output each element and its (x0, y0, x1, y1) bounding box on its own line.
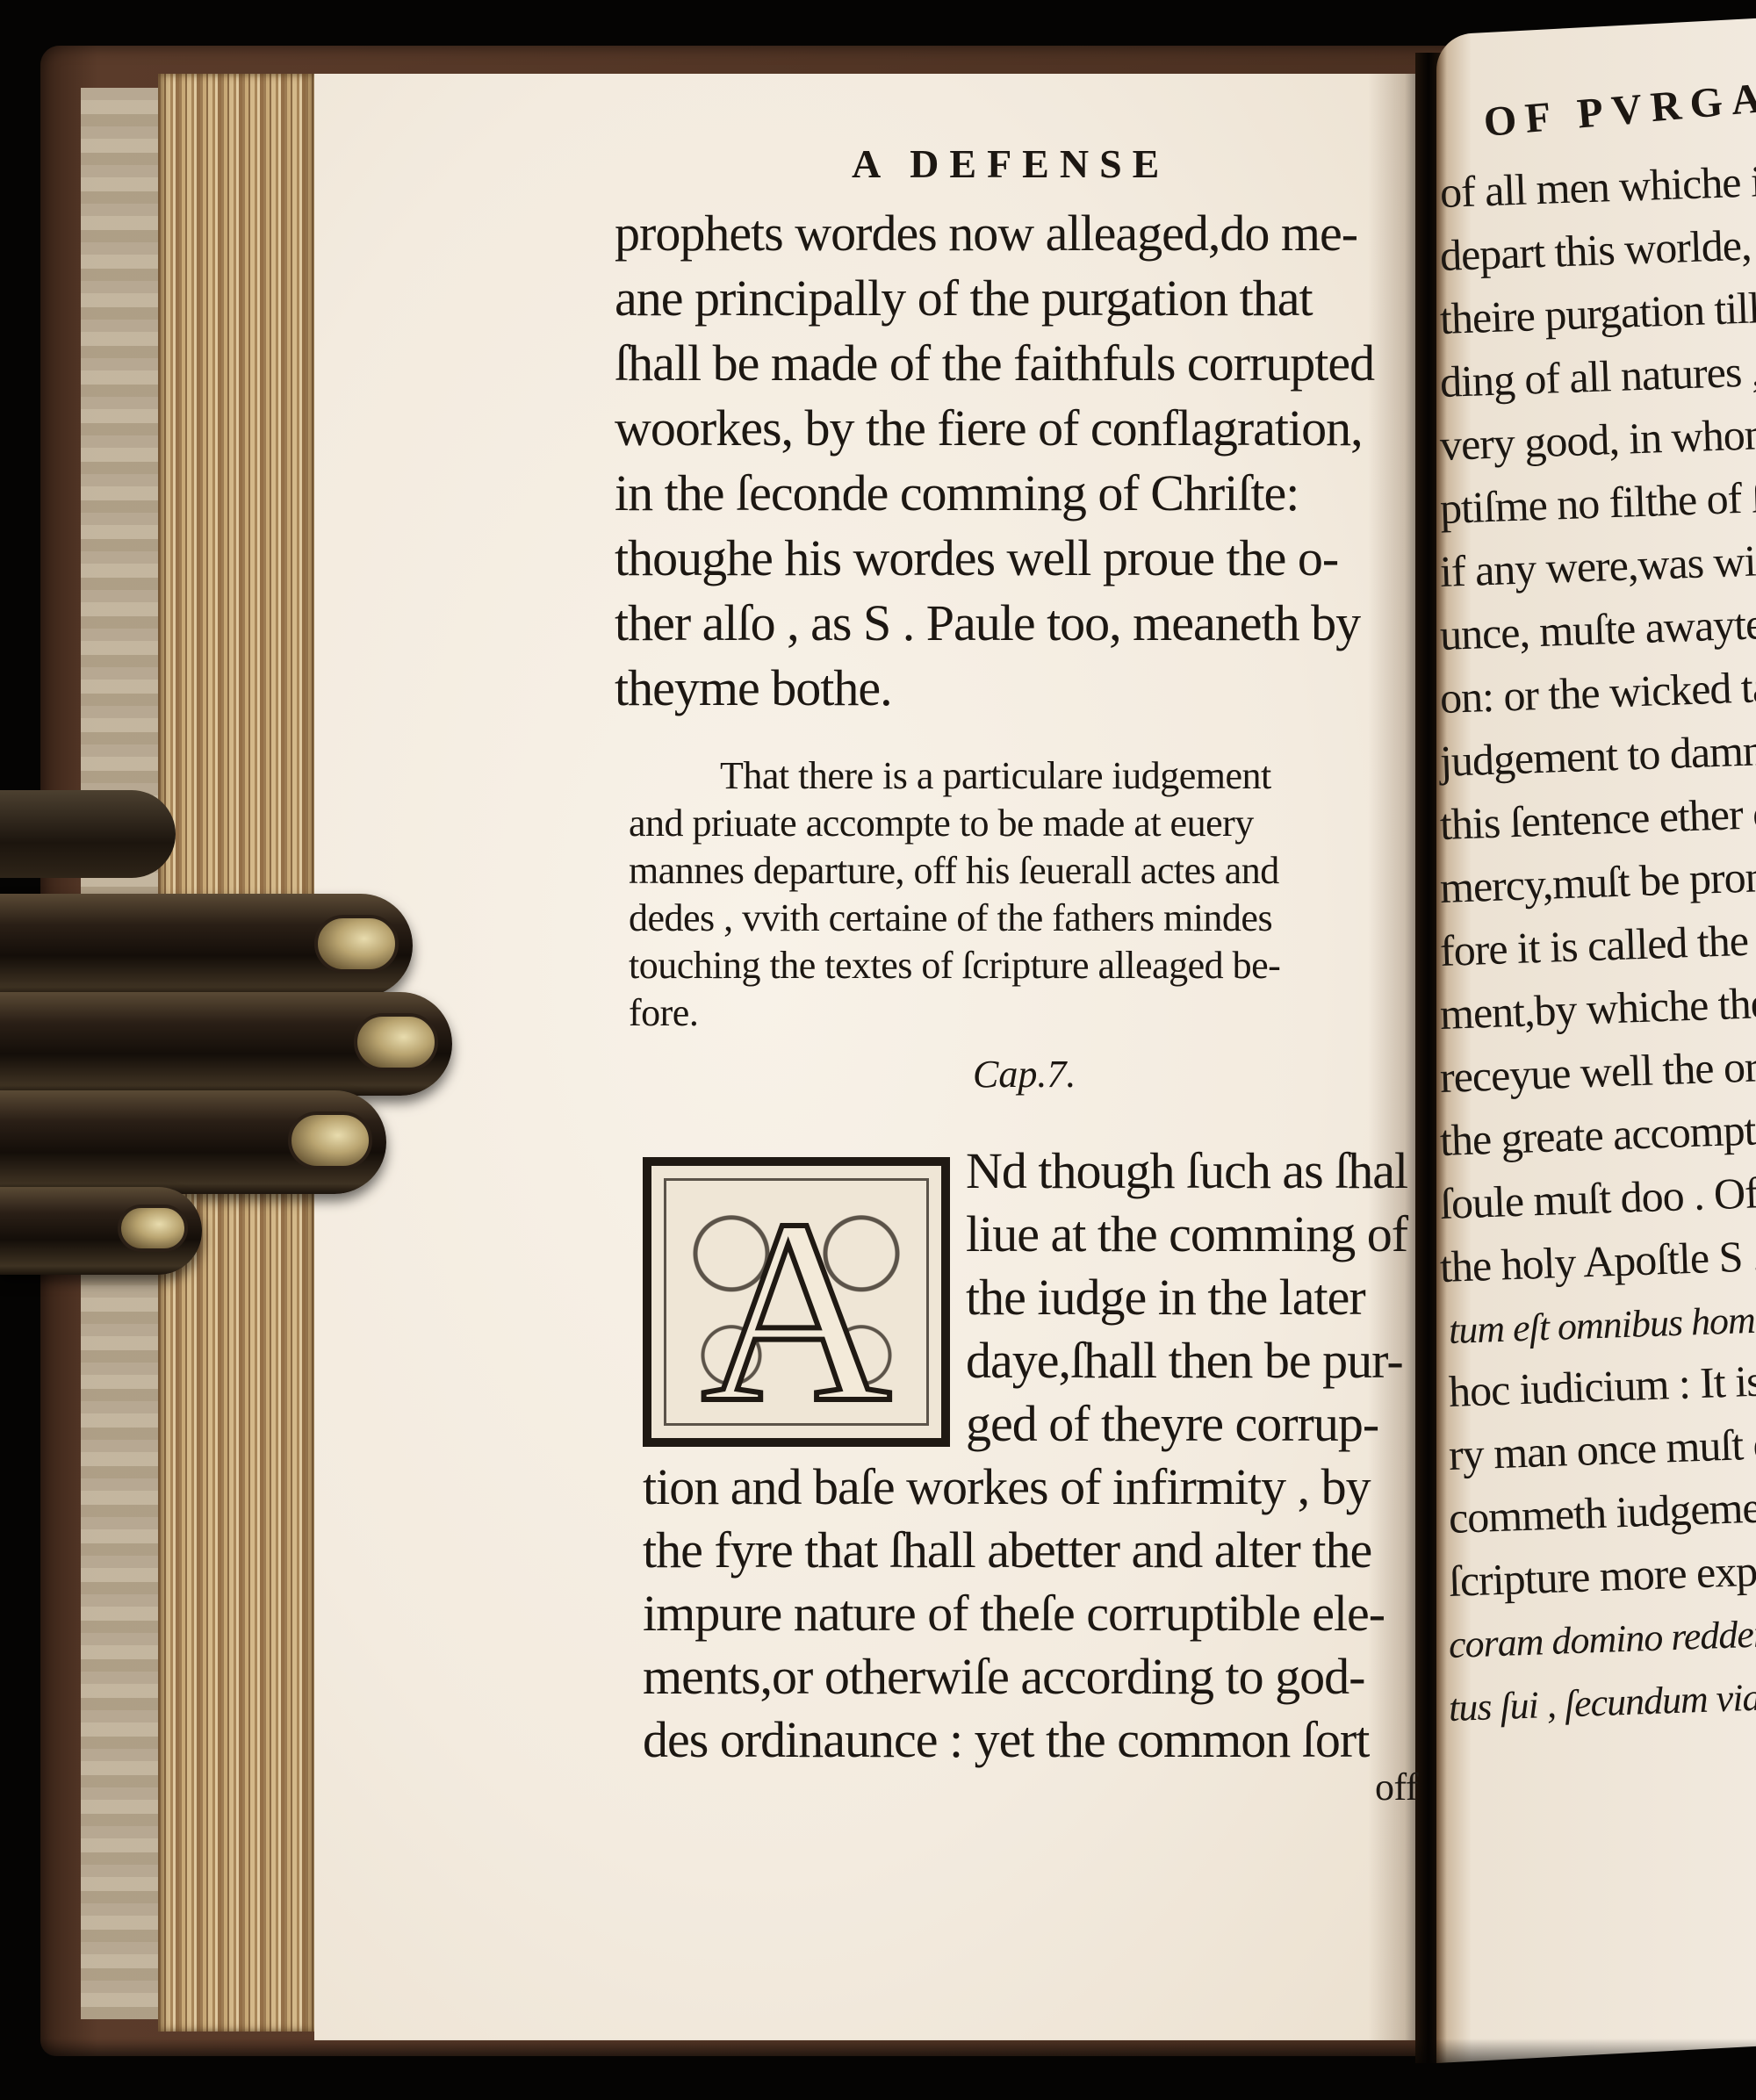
catchword: off (1375, 1765, 1418, 1809)
chapter-summary-line: dedes , vvith certaine of the fathers mi… (629, 895, 1272, 940)
running-head-left: A DEFENSE (852, 140, 1169, 187)
drop-cap-letter: A (702, 1179, 892, 1442)
body-line: ments,or otherwiſe according to god- (643, 1647, 1364, 1706)
body-line: theyme bothe. (615, 658, 892, 717)
body-line: the iudge in the later (966, 1268, 1365, 1327)
body-line: ſhall be made of the faithfuls corrupted (615, 334, 1374, 392)
body-line: liue at the comming of (966, 1205, 1407, 1263)
fingernail-icon (288, 1111, 372, 1169)
hand-thumb (0, 790, 176, 878)
fingernail-icon (354, 1013, 438, 1071)
body-line: Nd though ſuch as ſhal (966, 1141, 1407, 1200)
hand-finger (0, 992, 452, 1096)
chapter-summary-line: fore. (629, 990, 698, 1035)
woodcut-initial: A (643, 1157, 950, 1447)
body-line: tion and baſe workes of infirmity , by (643, 1457, 1371, 1516)
chapter-summary-line: That there is a particulare iudgement (720, 753, 1271, 798)
hand-finger (0, 894, 413, 997)
body-line: ane principally of the purgation that (615, 269, 1313, 327)
fingernail-icon (314, 915, 399, 973)
body-line: prophets wordes now alleaged,do me- (615, 204, 1357, 262)
chapter-summary-line: and priuate accompte to be made at euery (629, 801, 1254, 845)
chapter-summary-line: touching the textes of ſcripture alleage… (629, 943, 1280, 988)
chapter-heading: Cap.7. (973, 1052, 1076, 1097)
fingernail-icon (118, 1205, 188, 1252)
body-line: in the ſeconde comming of Chriſte: (615, 464, 1299, 522)
hand-finger (0, 1090, 386, 1194)
body-line: woorkes, by the fiere of conflagration, (615, 399, 1363, 457)
body-line: ther alſo , as S . Paule too, meaneth by (615, 593, 1360, 652)
body-line: the fyre that ſhall abetter and alter th… (643, 1521, 1371, 1579)
hand-finger (0, 1187, 202, 1275)
body-line: daye,ſhall then be pur- (966, 1331, 1403, 1390)
chapter-summary-line: mannes departure, off his ſeuerall actes… (629, 848, 1279, 893)
bronze-hand-page-weight (0, 790, 457, 1334)
body-line: ged of theyre corrup- (966, 1394, 1378, 1453)
body-line: des ordinaunce : yet the common ſort (643, 1710, 1369, 1769)
body-line: impure nature of theſe corruptible ele- (643, 1584, 1385, 1643)
body-line: thoughe his wordes well proue the o- (615, 529, 1338, 587)
background-shadow (0, 2039, 1756, 2100)
